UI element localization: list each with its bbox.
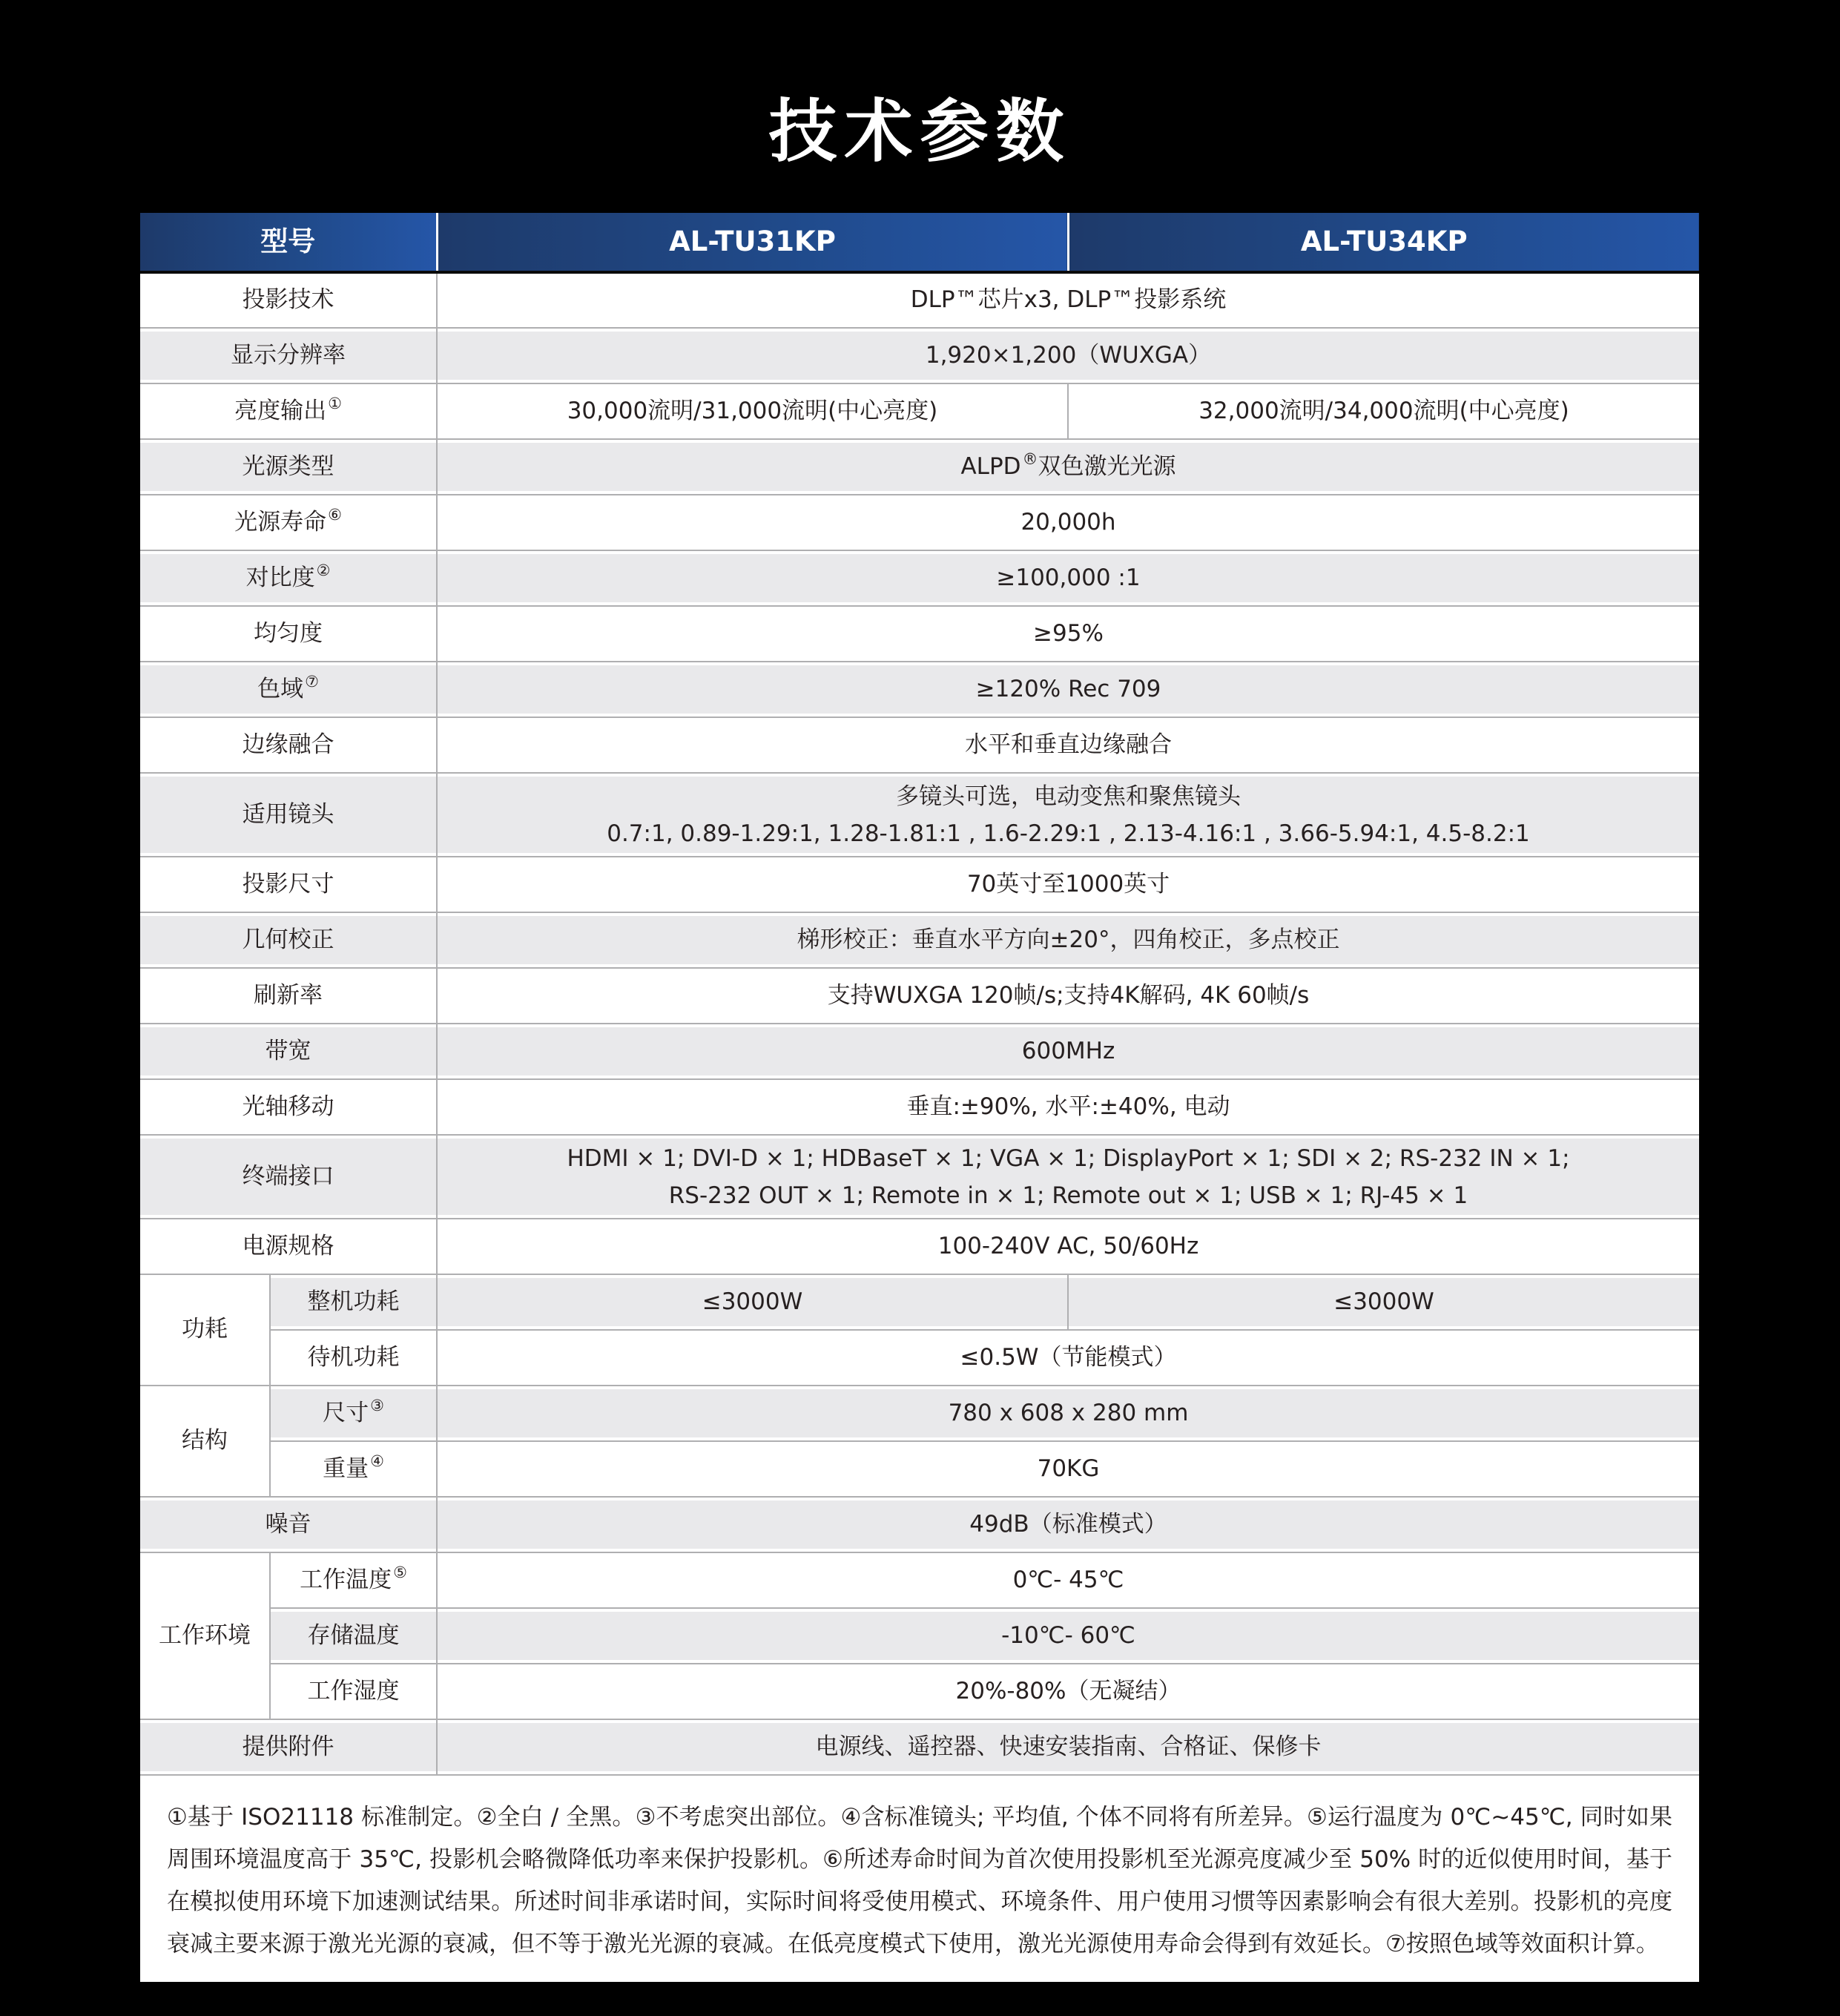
label-humidity: 工作湿度 [270,1664,437,1719]
row-operating-temp: 工作环境 工作温度⑤ 0℃- 45℃ [140,1552,1699,1608]
row-accessories: 提供附件 电源线、遥控器、快速安装指南、合格证、保修卡 [140,1719,1699,1775]
row-light-source-type: 光源类型 ALPD®双色激光光源 [140,439,1699,495]
value-terminals: HDMI × 1; DVI-D × 1; HDBaseT × 1; VGA × … [437,1135,1699,1219]
value-lens-shift: 垂直:±90%, 水平:±40%, 电动 [437,1079,1699,1135]
value-lenses-line2: 0.7:1, 0.89-1.29:1, 1.28-1.81:1 , 1.6-2.… [438,815,1699,852]
value-lenses-line1: 多镜头可选，电动变焦和聚焦镜头 [438,778,1699,815]
row-power-standby: 待机功耗 ≤0.5W（节能模式） [140,1330,1699,1386]
label-brightness: 亮度输出① [140,383,437,439]
value-humidity: 20%-80%（无凝结） [437,1664,1699,1719]
group-label-power: 功耗 [140,1274,270,1386]
label-terminals: 终端接口 [140,1135,437,1219]
label-brightness-text: 亮度输出 [234,398,326,424]
value-edge-blending: 水平和垂直边缘融合 [437,717,1699,773]
registered-mark: ® [1023,450,1038,468]
value-geometry-correction: 梯形校正：垂直水平方向±20°，四角校正，多点校正 [437,912,1699,968]
row-power-spec: 电源规格 100-240V AC, 50/60Hz [140,1219,1699,1274]
value-accessories: 电源线、遥控器、快速安装指南、合格证、保修卡 [437,1719,1699,1775]
label-projection-size: 投影尺寸 [140,857,437,912]
label-light-source-life: 光源寿命⑥ [140,495,437,550]
footnote-marker-4: ④ [370,1452,384,1470]
label-resolution: 显示分辨率 [140,328,437,383]
row-weight: 重量④ 70KG [140,1441,1699,1497]
value-noise: 49dB（标准模式） [437,1497,1699,1552]
footnote-marker-5: ⑤ [393,1564,407,1581]
row-contrast: 对比度② ≥100,000 :1 [140,550,1699,606]
label-dimensions: 尺寸③ [270,1386,437,1441]
label-operating-temp: 工作温度⑤ [270,1552,437,1608]
row-projection-tech: 投影技术 DLP™芯片x3, DLP™投影系统 [140,272,1699,328]
value-operating-temp: 0℃- 45℃ [437,1552,1699,1608]
header-cell-model-label: 型号 [140,213,437,272]
spec-sheet-panel: 型号 AL-TU31KP AL-TU34KP 投影技术 DLP™芯片x3, DL… [140,213,1699,1982]
row-lens-shift: 光轴移动 垂直:±90%, 水平:±40%, 电动 [140,1079,1699,1135]
label-light-source-life-text: 光源寿命 [234,509,326,536]
row-brightness: 亮度输出① 30,000流明/31,000流明(中心亮度) 32,000流明/3… [140,383,1699,439]
row-noise: 噪音 49dB（标准模式） [140,1497,1699,1552]
label-weight: 重量④ [270,1441,437,1497]
label-lens-shift: 光轴移动 [140,1079,437,1135]
value-light-source-rest: 双色激光光源 [1038,453,1176,480]
value-color-gamut: ≥120% Rec 709 [437,662,1699,717]
value-terminals-line2: RS-232 OUT × 1; Remote in × 1; Remote ou… [438,1177,1699,1214]
page-title: 技术参数 [0,77,1840,175]
row-lenses: 适用镜头 多镜头可选，电动变焦和聚焦镜头 0.7:1, 0.89-1.29:1,… [140,773,1699,857]
value-resolution: 1,920×1,200（WUXGA） [437,328,1699,383]
label-lenses: 适用镜头 [140,773,437,857]
footnote-block: ①基于 ISO21118 标准制定。②全白 / 全黑。③不考虑突出部位。④含标准… [140,1776,1699,1982]
row-power-whole: 功耗 整机功耗 ≤3000W ≤3000W [140,1274,1699,1330]
value-projection-size: 70英寸至1000英寸 [437,857,1699,912]
label-projection-tech: 投影技术 [140,272,437,328]
footnote-marker-1: ① [328,395,342,412]
header-cell-model1: AL-TU31KP [437,213,1068,272]
label-noise: 噪音 [140,1497,437,1552]
row-humidity: 工作湿度 20%-80%（无凝结） [140,1664,1699,1719]
group-label-environment: 工作环境 [140,1552,270,1719]
row-refresh-rate: 刷新率 支持WUXGA 120帧/s;支持4K解码, 4K 60帧/s [140,968,1699,1024]
value-contrast: ≥100,000 :1 [437,550,1699,606]
footnote-marker-2: ② [317,561,331,579]
row-edge-blending: 边缘融合 水平和垂直边缘融合 [140,717,1699,773]
label-geometry-correction: 几何校正 [140,912,437,968]
label-operating-temp-text: 工作温度 [300,1567,392,1593]
value-light-source-brand: ALPD [960,453,1020,480]
value-light-source-type: ALPD®双色激光光源 [437,439,1699,495]
label-light-source-type: 光源类型 [140,439,437,495]
row-light-source-life: 光源寿命⑥ 20,000h [140,495,1699,550]
footnote-text: ①基于 ISO21118 标准制定。②全白 / 全黑。③不考虑突出部位。④含标准… [167,1804,1672,1957]
footnote-marker-7: ⑦ [305,673,319,691]
row-storage-temp: 存储温度 -10℃- 60℃ [140,1608,1699,1664]
label-power-whole: 整机功耗 [270,1274,437,1330]
value-storage-temp: -10℃- 60℃ [437,1608,1699,1664]
label-color-gamut-text: 色域 [257,676,303,702]
label-bandwidth: 带宽 [140,1024,437,1079]
value-brightness-model2: 32,000流明/34,000流明(中心亮度) [1068,383,1699,439]
value-dimensions: 780 x 608 x 280 mm [437,1386,1699,1441]
label-contrast: 对比度② [140,550,437,606]
value-terminals-line1: HDMI × 1; DVI-D × 1; HDBaseT × 1; VGA × … [438,1140,1699,1177]
label-edge-blending: 边缘融合 [140,717,437,773]
row-color-gamut: 色域⑦ ≥120% Rec 709 [140,662,1699,717]
row-projection-size: 投影尺寸 70英寸至1000英寸 [140,857,1699,912]
value-brightness-model1: 30,000流明/31,000流明(中心亮度) [437,383,1068,439]
value-power-whole-model1: ≤3000W [437,1274,1068,1330]
label-power-standby: 待机功耗 [270,1330,437,1386]
header-cell-model2: AL-TU34KP [1068,213,1699,272]
label-color-gamut: 色域⑦ [140,662,437,717]
value-lenses: 多镜头可选，电动变焦和聚焦镜头 0.7:1, 0.89-1.29:1, 1.28… [437,773,1699,857]
group-label-structure: 结构 [140,1386,270,1497]
footnote-marker-6: ⑥ [328,506,342,524]
value-light-source-life: 20,000h [437,495,1699,550]
label-contrast-text: 对比度 [246,564,315,591]
row-resolution: 显示分辨率 1,920×1,200（WUXGA） [140,328,1699,383]
value-projection-tech: DLP™芯片x3, DLP™投影系统 [437,272,1699,328]
value-power-spec: 100-240V AC, 50/60Hz [437,1219,1699,1274]
value-power-standby: ≤0.5W（节能模式） [437,1330,1699,1386]
spec-table: 型号 AL-TU31KP AL-TU34KP 投影技术 DLP™芯片x3, DL… [140,213,1699,1776]
value-bandwidth: 600MHz [437,1024,1699,1079]
label-uniformity: 均匀度 [140,606,437,662]
value-uniformity: ≥95% [437,606,1699,662]
label-storage-temp: 存储温度 [270,1608,437,1664]
row-geometry-correction: 几何校正 梯形校正：垂直水平方向±20°，四角校正，多点校正 [140,912,1699,968]
label-dimensions-text: 尺寸 [323,1400,369,1426]
footnote-marker-3: ③ [370,1397,384,1414]
value-weight: 70KG [437,1441,1699,1497]
header-row: 型号 AL-TU31KP AL-TU34KP [140,213,1699,272]
row-uniformity: 均匀度 ≥95% [140,606,1699,662]
value-refresh-rate: 支持WUXGA 120帧/s;支持4K解码, 4K 60帧/s [437,968,1699,1024]
value-power-whole-model2: ≤3000W [1068,1274,1699,1330]
row-terminals: 终端接口 HDMI × 1; DVI-D × 1; HDBaseT × 1; V… [140,1135,1699,1219]
label-power-spec: 电源规格 [140,1219,437,1274]
label-accessories: 提供附件 [140,1719,437,1775]
label-refresh-rate: 刷新率 [140,968,437,1024]
row-bandwidth: 带宽 600MHz [140,1024,1699,1079]
row-dimensions: 结构 尺寸③ 780 x 608 x 280 mm [140,1386,1699,1441]
label-weight-text: 重量 [323,1455,369,1482]
